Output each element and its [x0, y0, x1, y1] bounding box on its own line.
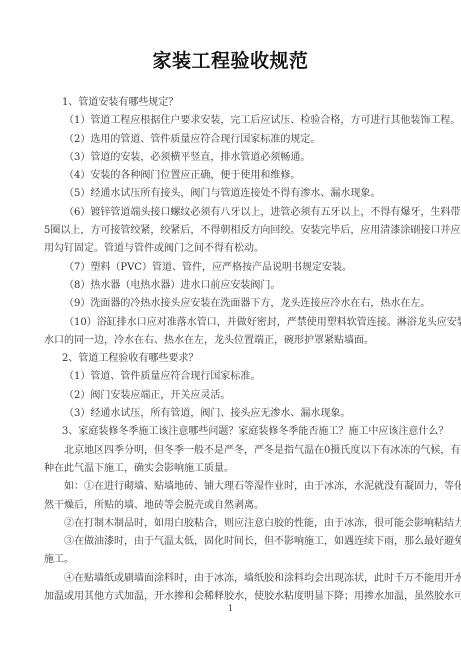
- text-line: 北京地区四季分明，但冬季一般不是严冬，严冬是指气温在0摄氏度以下有冰冻的气候，有…: [64, 445, 461, 457]
- text-line: 用勾钉固定。管道与管件或阀门之间不得有松动。: [44, 243, 264, 255]
- text-line: （8）热水器（电热水器）进水口前应安装阀门。: [64, 280, 280, 292]
- text-line: （3）管道的安装，必须横平竖直，排水管道必须畅通。: [64, 152, 310, 164]
- text-line: （5）经通水试压所有接头，阀门与管道连接处不得有渗水、漏水现象。: [64, 188, 380, 200]
- text-line: （9）洗面器的冷热水接头应安装在洗面器下方，龙头连接应冷水在右，热水在左。: [64, 298, 430, 310]
- text-line: （7）塑料（PVC）管道、管件，应严格按产品说明书规定安装。: [64, 262, 352, 274]
- text-line: （1）管道工程应根据住户要求安装，完工后应试压、检验合格，方可进行其他装饰工程。: [64, 115, 460, 127]
- text-line: （3）经通水试压，所有管道，阀门、接头应无渗水、漏水现象。: [64, 408, 350, 420]
- text-line: 2、管道工程验收有哪些要求？: [62, 353, 198, 365]
- text-line: 3、家庭装修冬季施工该注意哪些问题？家庭装修冬季能否施工？施工中应该注意什么？: [62, 426, 448, 438]
- text-line: （2）阀门安装应端正，开关应灵活。: [64, 390, 230, 402]
- text-line: ③在做油漆时，由于气温太低，固化时间长，但不影响施工，如遇连续下雨，那么最好避免…: [64, 536, 461, 548]
- text-line: （6）镀锌管道端头接口螺纹必须有八牙以上，进管必须有五牙以上，不得有爆牙，生料带…: [64, 207, 461, 219]
- text-line: 施工。: [44, 554, 74, 566]
- document-page: 家装工程验收规范 1、管道安装有哪些规定？（1）管道工程应根据住户要求安装，完工…: [0, 0, 461, 653]
- text-line: 1、管道安装有哪些规定？: [62, 97, 178, 109]
- text-line: （4）安装的各种阀门位置应正确，便于使用和维修。: [64, 170, 300, 182]
- text-line: ④在贴墙纸或刷墙面涂料时，由于冰冻，墙纸胶和涂料均会出现冻状，此时千万不能用开水…: [64, 573, 461, 585]
- text-line: 水口的同一边，冷水在右、热水在左，龙头位置端正，碗形护罩紧贴墙面。: [44, 335, 374, 347]
- text-line: （2）选用的管道、管件质量应符合现行国家标准的规定。: [64, 134, 320, 146]
- text-line: 然干燥后，所贴的墙、地砖等会脱壳或自然剥离。: [44, 500, 264, 512]
- text-line: 5圈以上，方可接管绞紧，绞紧后，不得朝相反方向回绞。安装完毕后，应用清漆涂刷接口…: [44, 225, 461, 237]
- text-line: （10）浴缸排水口应对准落水管口，并做好密封，严禁使用塑料软管连接。淋浴龙头应安…: [64, 317, 461, 329]
- text-line: 加温或用其他方式加温，开水掺和会稀释胶水，使胶水粘度明显下降；用掺水加温，虽然胶…: [44, 591, 461, 603]
- text-line: 种在此气温下施工，确实会影响施工质量。: [44, 463, 234, 475]
- text-line: （1）管道、管件质量应符合现行国家标准。: [64, 371, 260, 383]
- text-line: 如：①在进行砌墙、贴墙地砖、铺大理石等湿作业时，由于冰冻，水泥就没有凝固力，等化…: [64, 481, 461, 493]
- text-line: ②在打制木制品时，如用白胶粘合，则应注意白胶的性能，由于冰冻，很可能会影响粘结力…: [64, 518, 461, 530]
- page-number: 1: [0, 604, 461, 613]
- document-title: 家装工程验收规范: [0, 46, 461, 73]
